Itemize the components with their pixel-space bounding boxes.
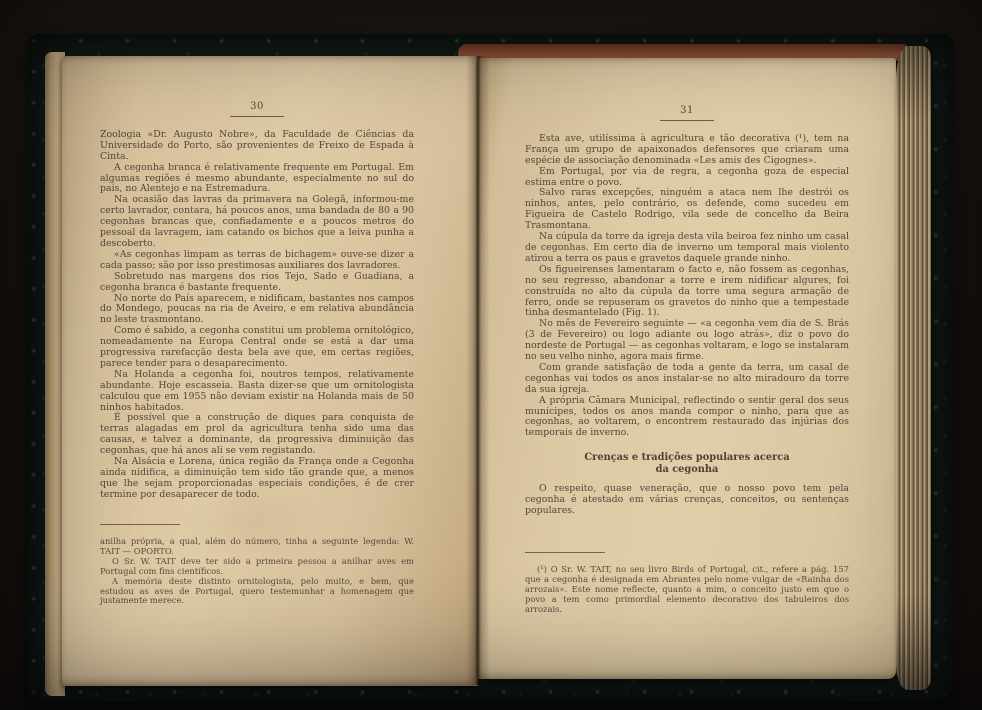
body-paragraph: Com grande satisfação de toda a gente da…	[525, 363, 849, 396]
right-page-footnotes: (¹) O Sr. W. TAIT, no seu livro Birds of…	[525, 552, 849, 615]
body-paragraph: Esta ave, utilíssima à agricultura e tão…	[525, 134, 849, 167]
body-paragraph: O respeito, quase veneração, que o nosso…	[525, 484, 849, 517]
body-paragraph: Na Alsácia e Lorena, única região da Fra…	[100, 457, 414, 501]
section-heading-line2: da cegonha	[656, 464, 719, 475]
body-paragraph: A própria Câmara Municipal, reflectindo …	[525, 396, 849, 440]
body-paragraph: No norte do País aparecem, e nidificam, …	[100, 294, 414, 327]
body-paragraph: Salvo raras excepções, ninguém a ataca n…	[525, 188, 849, 232]
body-paragraph: Sobretudo nas margens dos rios Tejo, Sad…	[100, 272, 414, 294]
body-paragraph: Como é sabido, a cegonha constitui um pr…	[100, 326, 414, 370]
body-paragraph: Na Holanda a cegonha foi, noutros tempos…	[100, 370, 414, 414]
footnote-separator	[100, 524, 180, 525]
footnote-separator	[525, 552, 605, 553]
body-paragraph: A cegonha branca é relativamente frequen…	[100, 163, 414, 196]
section-heading: Crenças e tradições populares acerca da …	[525, 452, 849, 475]
page-number: 31	[660, 106, 714, 121]
page-number: 30	[230, 102, 284, 117]
footnote-paragraph: O Sr. W. TAIT deve ter sido a primeira p…	[100, 557, 414, 577]
body-paragraph: «As cegonhas limpam as terras de bichage…	[100, 250, 414, 272]
body-paragraph: É possível que a construção de diques pa…	[100, 413, 414, 457]
left-page-text-column: 30 Zoologia «Dr. Augusto Nobre», da Facu…	[100, 102, 414, 501]
footnote-paragraph: anilha própria, a qual, além do número, …	[100, 537, 414, 557]
page-gutter	[466, 56, 490, 685]
left-page-footnotes: anilha própria, a qual, além do número, …	[100, 524, 414, 606]
body-paragraph: Em Portugal, por via de regra, a cegonha…	[525, 167, 849, 189]
body-paragraph: Na ocasião das lavras da primavera na Go…	[100, 195, 414, 250]
section-heading-line1: Crenças e tradições populares acerca	[584, 452, 789, 463]
book-photo: 30 Zoologia «Dr. Augusto Nobre», da Facu…	[0, 0, 982, 710]
body-paragraph: Na cúpula da torre da igreja desta vila …	[525, 232, 849, 265]
body-paragraph: Zoologia «Dr. Augusto Nobre», da Faculda…	[100, 130, 414, 163]
fore-edge-pages	[896, 46, 931, 690]
body-paragraph: No mês de Fevereiro seguinte — «a cegonh…	[525, 319, 849, 363]
footnote-paragraph: A memória deste distinto ornitologista, …	[100, 577, 414, 607]
left-page-number-row: 30	[100, 102, 414, 117]
footnote-paragraph: (¹) O Sr. W. TAIT, no seu livro Birds of…	[525, 565, 849, 615]
body-paragraph: Os figueirenses lamentaram o facto e, nã…	[525, 265, 849, 320]
right-page-text-column: 31 Esta ave, utilíssima à agricultura e …	[525, 106, 849, 517]
right-page-number-row: 31	[525, 106, 849, 121]
